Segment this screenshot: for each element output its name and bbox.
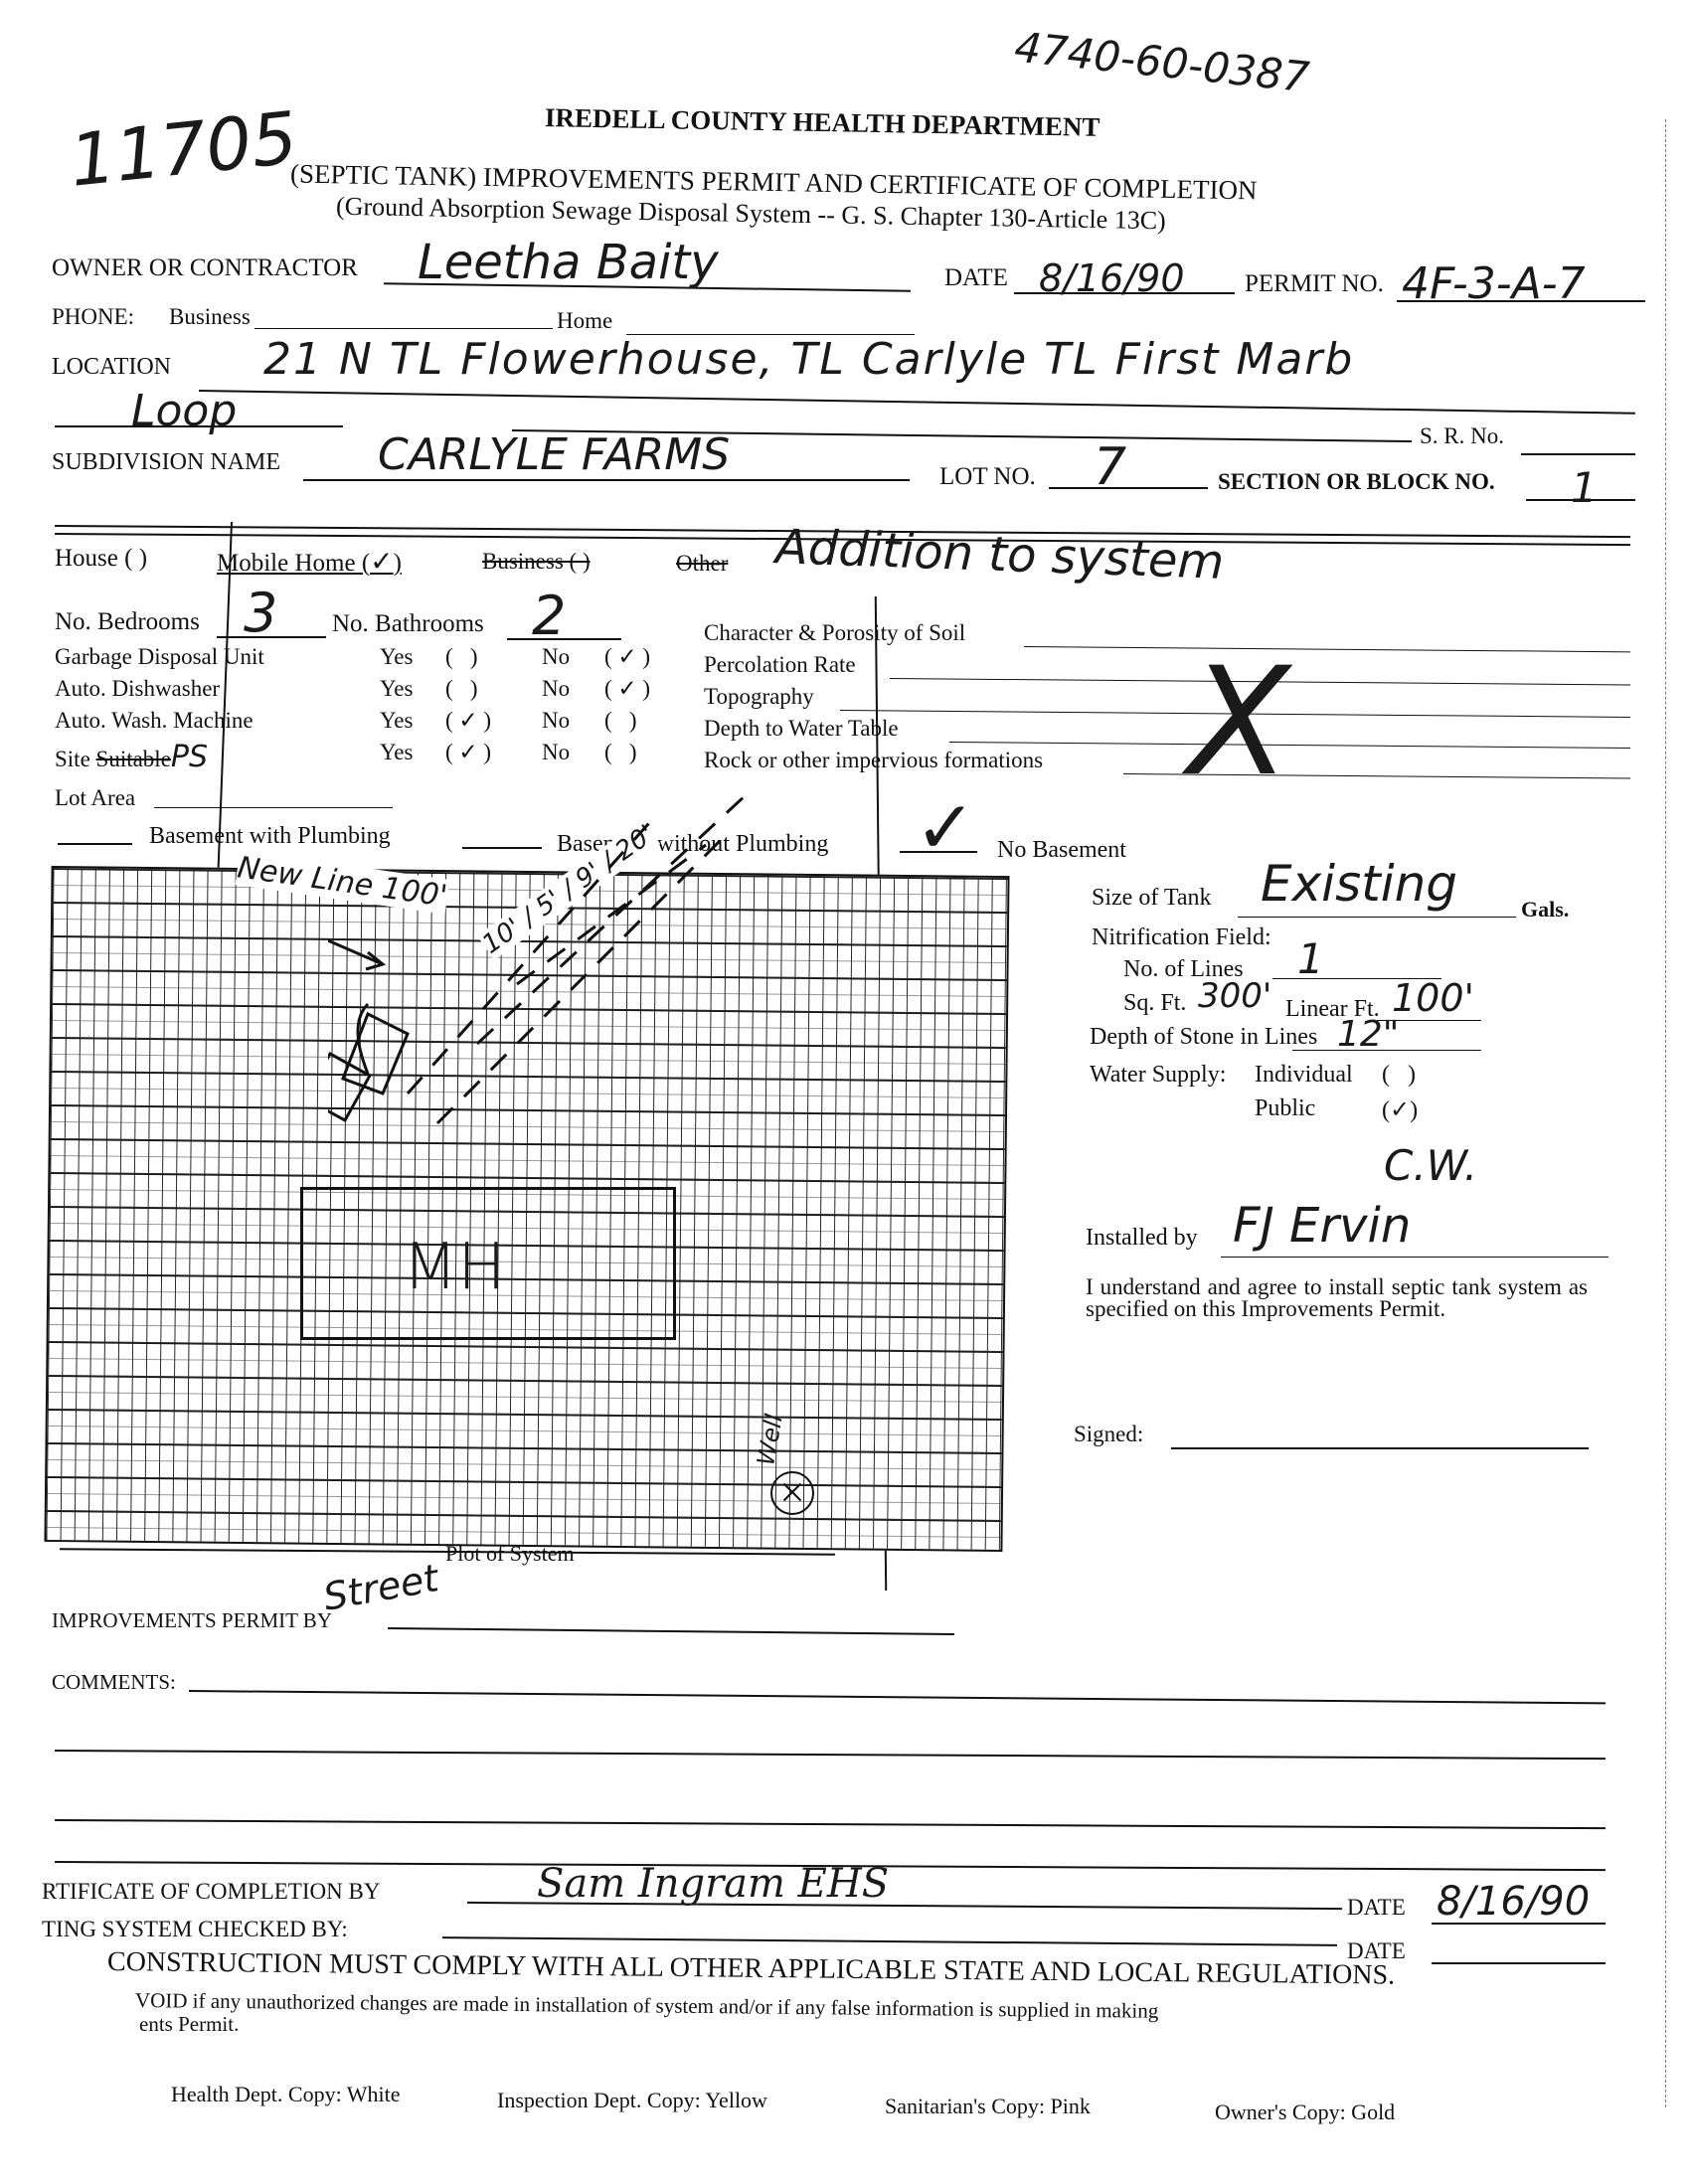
installed-label: Installed by xyxy=(1086,1225,1198,1252)
nitrification-label: Nitrification Field: xyxy=(1092,924,1271,951)
lot-label: LOT NO. xyxy=(939,463,1036,491)
section-field[interactable]: 1 xyxy=(1571,463,1598,512)
bathrooms-label: No. Bathrooms xyxy=(332,610,484,638)
tank-size-label: Size of Tank xyxy=(1092,885,1212,912)
signed-label: Signed: xyxy=(1074,1422,1143,1447)
subdivision-label: SUBDIVISION NAME xyxy=(52,449,280,476)
checkmark-icon: ✓ xyxy=(915,785,976,871)
checkmark-icon: ✓ xyxy=(370,545,393,578)
parcel-number: 4740-60-0387 xyxy=(1012,23,1311,102)
existing-date-field[interactable] xyxy=(1432,1962,1606,1964)
individual-label: Individual xyxy=(1255,1062,1353,1089)
no-basement-label: No Basement xyxy=(997,837,1126,864)
water-note: C.W. xyxy=(1384,1141,1477,1190)
stone-label: Depth of Stone in Lines xyxy=(1090,1024,1317,1051)
tank-size-field[interactable]: Existing xyxy=(1261,855,1457,913)
phone-business-label: Business xyxy=(169,304,251,330)
improvements-field[interactable] xyxy=(388,1627,954,1635)
lines-field[interactable]: 1 xyxy=(1297,934,1324,983)
house-option[interactable]: House ( ) xyxy=(55,545,147,573)
drain-field-lines xyxy=(328,795,845,1153)
date-label: DATE xyxy=(944,264,1008,292)
copy-label: Sanitarian's Copy: Pink xyxy=(885,2094,1091,2119)
location-underline xyxy=(199,390,1635,415)
permit-label: PERMIT NO. xyxy=(1245,270,1384,298)
no-checkbox[interactable]: ( ✓ ) xyxy=(604,644,650,670)
lot-underline xyxy=(1049,487,1208,489)
sr-field[interactable] xyxy=(1521,453,1635,455)
copy-label: Inspection Dept. Copy: Yellow xyxy=(497,2088,767,2113)
public-checkbox[interactable]: (✓) xyxy=(1382,1095,1418,1124)
location-label: LOCATION xyxy=(52,354,171,381)
public-label: Public xyxy=(1255,1095,1315,1122)
yes-label: Yes xyxy=(380,644,413,670)
certificate-date-field[interactable]: 8/16/90 xyxy=(1437,1879,1590,1925)
certificate-label: RTIFICATE OF COMPLETION BY xyxy=(42,1879,380,1905)
owner-field[interactable]: Leetha Baity xyxy=(418,235,719,290)
improvements-label: IMPROVEMENTS PERMIT BY xyxy=(52,1608,332,1633)
copy-label: Health Dept. Copy: White xyxy=(171,2082,401,2107)
individual-checkbox[interactable]: ( ) xyxy=(1382,1062,1416,1089)
existing-system-label: TING SYSTEM CHECKED BY: xyxy=(42,1917,348,1942)
bedrooms-label: No. Bedrooms xyxy=(55,608,200,636)
yes-checkbox[interactable]: ( ✓ ) xyxy=(445,708,491,734)
yes-label: Yes xyxy=(380,740,413,765)
linear-field[interactable]: 100' xyxy=(1392,976,1474,1020)
feature-label: Garbage Disposal Unit xyxy=(55,644,264,670)
no-label: No xyxy=(542,708,570,734)
other-field[interactable]: Addition to system xyxy=(774,519,1225,590)
mobile-home-close: ) xyxy=(394,550,402,577)
certificate-signature[interactable]: Sam Ingram EHS xyxy=(537,1861,889,1907)
well-icon xyxy=(770,1471,814,1515)
comments-label: COMMENTS: xyxy=(52,1670,176,1695)
existing-system-field[interactable] xyxy=(442,1936,1337,1946)
no-checkbox[interactable]: ( ) xyxy=(604,740,637,765)
soil-item-field[interactable] xyxy=(1024,646,1630,652)
void-notice-2: ents Permit. xyxy=(139,2012,239,2037)
phone-business-field[interactable] xyxy=(254,328,553,329)
site-annotation: PS xyxy=(171,740,208,774)
mobile-home-label: Mobile Home ( xyxy=(217,550,370,577)
location-line2[interactable]: Loop xyxy=(131,386,237,436)
permit-field[interactable]: 4F-3-A-7 xyxy=(1402,258,1586,309)
no-checkbox[interactable]: ( ✓ ) xyxy=(604,676,650,702)
no-label: No xyxy=(542,644,570,670)
gals-label: Gals. xyxy=(1521,897,1569,923)
sqft-label: Sq. Ft. xyxy=(1123,990,1186,1017)
no-label: No xyxy=(542,740,570,765)
soil-item-label: Depth to Water Table xyxy=(704,716,899,742)
yes-checkbox[interactable]: ( ✓ ) xyxy=(445,740,491,765)
stone-field[interactable]: 12" xyxy=(1337,1014,1399,1055)
subdivision-underline xyxy=(303,479,910,481)
copy-label: Owner's Copy: Gold xyxy=(1215,2100,1395,2125)
agency-name: IREDELL COUNTY HEALTH DEPARTMENT xyxy=(545,102,1101,143)
soil-item-label: Rock or other impervious formations xyxy=(704,748,1043,773)
water-supply-label: Water Supply: xyxy=(1090,1062,1226,1089)
section-label: SECTION OR BLOCK NO. xyxy=(1218,469,1495,495)
yes-label: Yes xyxy=(380,708,413,734)
tank-size-underline xyxy=(1238,917,1516,918)
other-label: Other xyxy=(676,551,728,577)
no-label: No xyxy=(542,676,570,702)
comments-line-2[interactable] xyxy=(55,1750,1606,1760)
signed-field[interactable] xyxy=(1171,1447,1589,1449)
owner-label: OWNER OR CONTRACTOR xyxy=(52,254,358,282)
soil-item-label: Character & Porosity of Soil xyxy=(704,620,965,646)
yes-label: Yes xyxy=(380,676,413,702)
bathrooms-field[interactable]: 2 xyxy=(532,585,566,647)
crossed-out-mark: X xyxy=(1188,636,1290,809)
comments-field[interactable] xyxy=(189,1690,1606,1704)
comments-line-3[interactable] xyxy=(55,1819,1606,1829)
compliance-notice: CONSTRUCTION MUST COMPLY WITH ALL OTHER … xyxy=(107,1946,1395,1992)
mh-label: MH xyxy=(403,1231,505,1304)
sqft-field[interactable]: 300' xyxy=(1198,976,1271,1016)
void-notice: VOID if any unauthorized changes are mad… xyxy=(135,1988,1159,2024)
feature-label: Auto. Dishwasher xyxy=(55,676,220,702)
business-option[interactable]: Business ( ) xyxy=(482,549,591,575)
phone-label: PHONE: xyxy=(52,304,134,330)
location-line2-underline xyxy=(55,425,343,427)
lot-area-label: Lot Area xyxy=(55,785,135,811)
mobile-home-option[interactable]: Mobile Home (✓) xyxy=(217,545,402,578)
location-field[interactable]: 21 N TL Flowerhouse, TL Carlyle TL First… xyxy=(263,334,1354,385)
bedrooms-field[interactable]: 3 xyxy=(244,582,277,644)
yes-checkbox[interactable]: ( ) xyxy=(445,676,478,702)
plot-caption: Plot of System xyxy=(445,1541,575,1567)
agreement-text: I understand and agree to install septic… xyxy=(1086,1276,1588,1320)
page-edge xyxy=(1665,119,1666,2107)
subdivision-field[interactable]: CARLYLE FARMS xyxy=(378,429,730,480)
installed-underline xyxy=(1221,1257,1609,1258)
street-label: Street xyxy=(320,1556,441,1619)
sr-label: S. R. No. xyxy=(1420,423,1504,449)
feature-label: Site SuitablePS xyxy=(55,740,208,774)
soil-item-label: Topography xyxy=(704,684,814,710)
basement-with-blank[interactable] xyxy=(58,843,132,845)
file-number: 11705 xyxy=(66,95,301,202)
installed-field[interactable]: FJ Ervin xyxy=(1233,1198,1411,1254)
soil-item-label: Percolation Rate xyxy=(704,652,856,678)
yes-checkbox[interactable]: ( ) xyxy=(445,644,478,670)
date-field[interactable]: 8/16/90 xyxy=(1039,256,1185,300)
no-checkbox[interactable]: ( ) xyxy=(604,708,637,734)
phone-home-label: Home xyxy=(557,308,612,334)
certificate-date-label: DATE xyxy=(1347,1895,1406,1921)
lot-field[interactable]: 7 xyxy=(1094,437,1126,497)
checkmark-icon: ✓ xyxy=(1390,1095,1410,1123)
